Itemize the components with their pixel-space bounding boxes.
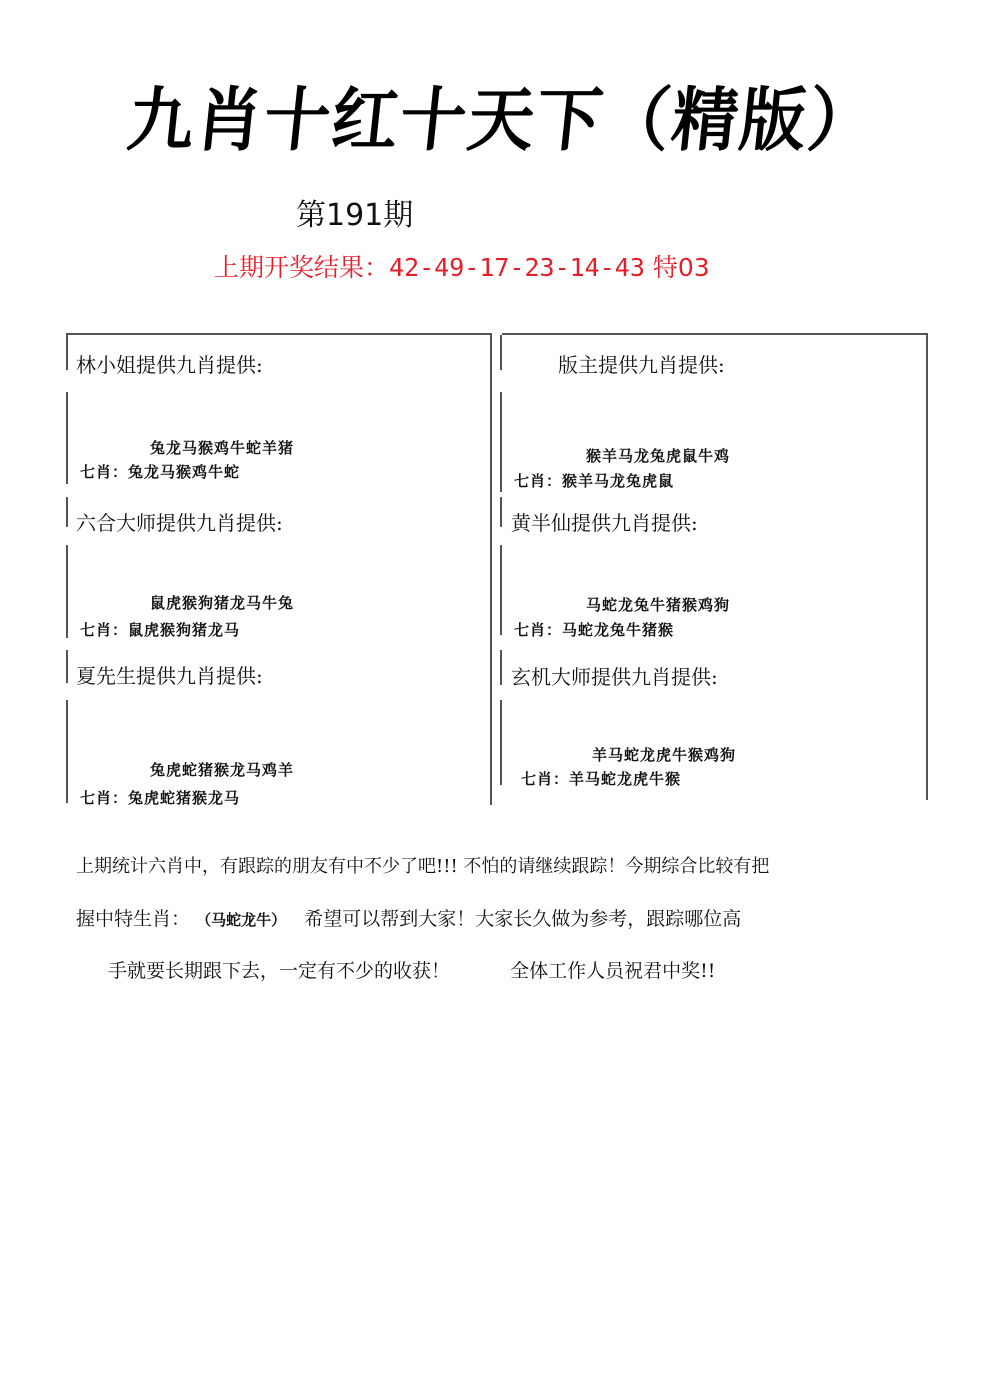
nine-zodiac: 兔龙马猴鸡牛蛇羊猪 xyxy=(150,437,294,458)
section-title: 玄机大师提供九肖提供: xyxy=(511,661,718,690)
nine-zodiac: 羊马蛇龙虎牛猴鸡狗 xyxy=(592,744,736,765)
divider xyxy=(500,650,502,685)
section-liuhe: 六合大师提供九肖提供: xyxy=(76,507,283,536)
footer-line-1: 上期统计六肖中，有跟踪的朋友有中不少了吧!!! 不怕的请继续跟踪！今期综合比较有… xyxy=(76,852,769,878)
last-result: 上期开奖结果：42-49-17-23-14-43 特03 xyxy=(214,248,710,284)
last-result-label: 上期开奖结果： xyxy=(214,253,389,282)
section-title: 黄半仙提供九肖提供: xyxy=(511,507,698,536)
seven-zodiac: 七肖：马蛇龙兔牛猪猴 xyxy=(514,619,674,640)
divider xyxy=(66,392,68,484)
divider xyxy=(66,545,68,638)
seven-zodiac: 七肖：兔虎蛇猪猴龙马 xyxy=(80,787,240,808)
divider xyxy=(66,497,68,527)
footer-line-3: 手就要长期跟下去，一定有不少的收获！ 全体工作人员祝君中奖!! xyxy=(108,956,715,983)
section-xuanji: 玄机大师提供九肖提供: xyxy=(511,661,718,690)
divider xyxy=(66,650,68,683)
nine-zodiac: 猴羊马龙兔虎鼠牛鸡 xyxy=(586,445,730,466)
key-zodiac: （马蛇龙牛） xyxy=(196,911,286,929)
section-huang: 黄半仙提供九肖提供: xyxy=(511,507,698,536)
nine-zodiac: 马蛇龙兔牛猪猴鸡狗 xyxy=(586,594,730,615)
divider xyxy=(500,335,502,370)
divider xyxy=(66,335,68,370)
nine-zodiac: 兔虎蛇猪猴龙马鸡羊 xyxy=(150,759,294,780)
divider xyxy=(500,700,502,785)
divider xyxy=(500,545,502,635)
last-result-special: 特03 xyxy=(653,253,710,282)
section-title: 林小姐提供九肖提供: xyxy=(76,349,263,378)
divider xyxy=(500,497,502,527)
footer-line-2: 握中特生肖： （马蛇龙牛） 希望可以帮到大家！大家长久做为参考，跟踪哪位高 xyxy=(76,904,741,931)
seven-zodiac: 七肖：鼠虎猴狗猪龙马 xyxy=(80,619,240,640)
seven-zodiac: 七肖：猴羊马龙兔虎鼠 xyxy=(514,470,674,491)
divider xyxy=(500,392,502,492)
section-banzhu: 版主提供九肖提供: xyxy=(558,349,725,378)
left-panel xyxy=(66,333,492,805)
last-result-numbers: 42-49-17-23-14-43 xyxy=(389,253,645,282)
nine-zodiac: 鼠虎猴狗猪龙马牛兔 xyxy=(150,592,294,613)
right-panel xyxy=(502,333,928,800)
section-title: 版主提供九肖提供: xyxy=(558,349,725,378)
section-xia: 夏先生提供九肖提供: xyxy=(76,660,263,689)
seven-zodiac: 七肖：兔龙马猴鸡牛蛇 xyxy=(80,461,240,482)
section-lin: 林小姐提供九肖提供: xyxy=(76,349,263,378)
seven-zodiac: 七肖：羊马蛇龙虎牛猴 xyxy=(521,768,681,789)
issue-number: 第191期 xyxy=(296,190,413,234)
section-title: 六合大师提供九肖提供: xyxy=(76,507,283,536)
divider xyxy=(66,700,68,803)
page-title: 九肖十红十天下（精版） xyxy=(123,76,822,166)
section-title: 夏先生提供九肖提供: xyxy=(76,660,263,689)
